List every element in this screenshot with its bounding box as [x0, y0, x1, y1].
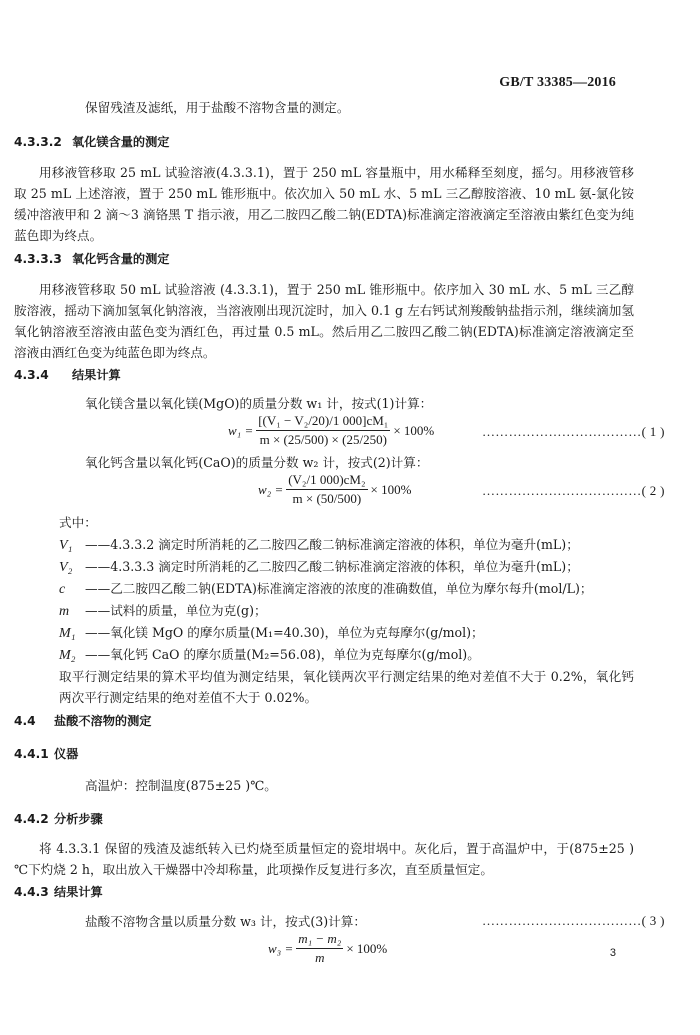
- section-number: 4.4.2: [14, 812, 54, 826]
- fraction: [(V₁ − V₂/20)/1 000]cM₁ m × (25/500) × (…: [256, 413, 390, 448]
- formula-2: w₂ = (V₂/1 000)cM₂ m × (50/500) × 100%: [258, 472, 411, 507]
- section-number: 4.3.4: [14, 368, 72, 382]
- equation-number-3: ………………………………( 3 ): [482, 913, 665, 929]
- page-number: 3: [610, 947, 616, 959]
- equation-number-1: ………………………………( 1 ): [482, 424, 665, 440]
- section-number: 4.4.3: [14, 885, 54, 899]
- section-title: 分析步骤: [54, 812, 103, 826]
- heading-4-3-3-3: 4.3.3.3氧化钙含量的测定: [14, 250, 170, 267]
- symbol: V₁: [59, 538, 85, 554]
- formula-lhs: w₂ =: [258, 482, 283, 498]
- section-number: 4.3.3.3: [14, 252, 72, 266]
- formula-2-intro: 氧化钙含量以氧化钙(CaO)的质量分数 w₂ 计，按式(2)计算：: [85, 452, 428, 473]
- formula-tail: × 100%: [371, 482, 412, 498]
- heading-4-3-4: 4.3.4结果计算: [14, 366, 121, 383]
- section-number: 4.4: [14, 714, 54, 728]
- paragraph-furnace: 高温炉：控制温度(875±25 )℃。: [85, 775, 277, 796]
- numerator: [(V₁ − V₂/20)/1 000]cM₁: [256, 413, 390, 431]
- heading-4-4-3: 4.4.3结果计算: [14, 883, 103, 900]
- description: ——试料的质量，单位为克(g)；: [85, 603, 267, 618]
- heading-4-3-3-2: 4.3.3.2氧化镁含量的测定: [14, 133, 170, 150]
- formula-tail: × 100%: [346, 941, 387, 957]
- where-item: V₂——4.3.3.3 滴定时所消耗的乙二胺四乙酸二钠标准滴定溶液的体积，单位为…: [59, 556, 579, 576]
- denominator: m × (50/500): [291, 490, 364, 507]
- description: ——氧化镁 MgO 的摩尔质量(M₁=40.30)，单位为克每摩尔(g/mol)…: [85, 625, 484, 640]
- symbol: m: [59, 604, 85, 620]
- symbol: c: [59, 582, 85, 598]
- formula-tail: × 100%: [393, 423, 434, 439]
- paragraph-retain-residue: 保留残渣及滤纸，用于盐酸不溶物含量的测定。: [85, 97, 349, 118]
- formula-1: w₁ = [(V₁ − V₂/20)/1 000]cM₁ m × (25/500…: [228, 413, 434, 448]
- formula-3: w₃ = m₁ − m₂ m × 100%: [268, 931, 387, 966]
- section-number: 4.3.3.2: [14, 135, 72, 149]
- paragraph-parallel-results: 取平行测定结果的算术平均值为测定结果，氧化镁两次平行测定结果的绝对差值不大于 0…: [59, 666, 634, 708]
- paragraph-cao-procedure: 用移液管移取 50 mL 试验溶液 (4.3.3.1)，置于 250 mL 锥形…: [14, 279, 634, 363]
- description: ——4.3.3.2 滴定时所消耗的乙二胺四乙酸二钠标准滴定溶液的体积，单位为毫升…: [85, 537, 579, 552]
- equation-number-2: ………………………………( 2 ): [482, 483, 665, 499]
- denominator: m: [313, 949, 326, 966]
- formula-3-intro: 盐酸不溶物含量以质量分数 w₃ 计，按式(3)计算：: [85, 911, 366, 932]
- where-item: M₂——氧化钙 CaO 的摩尔质量(M₂=56.08)，单位为克每摩尔(g/mo…: [59, 644, 480, 664]
- standard-number: GB/T 33385—2016: [499, 75, 616, 91]
- denominator: m × (25/500) × (25/250): [258, 431, 389, 448]
- symbol: M₂: [59, 648, 85, 664]
- section-title: 结果计算: [72, 368, 121, 382]
- section-title: 盐酸不溶物的测定: [54, 714, 152, 728]
- formula-1-intro: 氧化镁含量以氧化镁(MgO)的质量分数 w₁ 计，按式(1)计算：: [85, 393, 432, 414]
- description: ——乙二胺四乙酸二钠(EDTA)标准滴定溶液的浓度的准确数值，单位为摩尔每升(m…: [85, 581, 593, 596]
- numerator: (V₂/1 000)cM₂: [286, 472, 367, 490]
- paragraph-analysis-steps: 将 4.3.3.1 保留的残渣及滤纸转入已灼烧至质量恒定的瓷坩埚中。灰化后，置于…: [14, 838, 634, 880]
- section-title: 仪器: [54, 747, 78, 761]
- section-title: 结果计算: [54, 885, 103, 899]
- heading-4-4-1: 4.4.1仪器: [14, 745, 78, 762]
- symbol: M₁: [59, 626, 85, 642]
- section-title: 氧化钙含量的测定: [72, 252, 170, 266]
- heading-4-4-2: 4.4.2分析步骤: [14, 810, 103, 827]
- description: ——氧化钙 CaO 的摩尔质量(M₂=56.08)，单位为克每摩尔(g/mol)…: [85, 647, 480, 662]
- where-label: 式中：: [59, 512, 97, 531]
- where-item: m——试料的质量，单位为克(g)；: [59, 600, 267, 620]
- where-item: V₁——4.3.3.2 滴定时所消耗的乙二胺四乙酸二钠标准滴定溶液的体积，单位为…: [59, 534, 579, 554]
- fraction: m₁ − m₂ m: [296, 931, 343, 966]
- numerator: m₁ − m₂: [296, 931, 343, 949]
- formula-lhs: w₃ =: [268, 941, 293, 957]
- formula-lhs: w₁ =: [228, 423, 253, 439]
- where-item: M₁——氧化镁 MgO 的摩尔质量(M₁=40.30)，单位为克每摩尔(g/mo…: [59, 622, 484, 642]
- paragraph-mgo-procedure: 用移液管移取 25 mL 试验溶液(4.3.3.1)，置于 250 mL 容量瓶…: [14, 162, 634, 246]
- description: ——4.3.3.3 滴定时所消耗的乙二胺四乙酸二钠标准滴定溶液的体积，单位为毫升…: [85, 559, 579, 574]
- where-item: c——乙二胺四乙酸二钠(EDTA)标准滴定溶液的浓度的准确数值，单位为摩尔每升(…: [59, 578, 593, 598]
- fraction: (V₂/1 000)cM₂ m × (50/500): [286, 472, 367, 507]
- section-title: 氧化镁含量的测定: [72, 135, 170, 149]
- heading-4-4: 4.4盐酸不溶物的测定: [14, 712, 152, 729]
- section-number: 4.4.1: [14, 747, 54, 761]
- symbol: V₂: [59, 560, 85, 576]
